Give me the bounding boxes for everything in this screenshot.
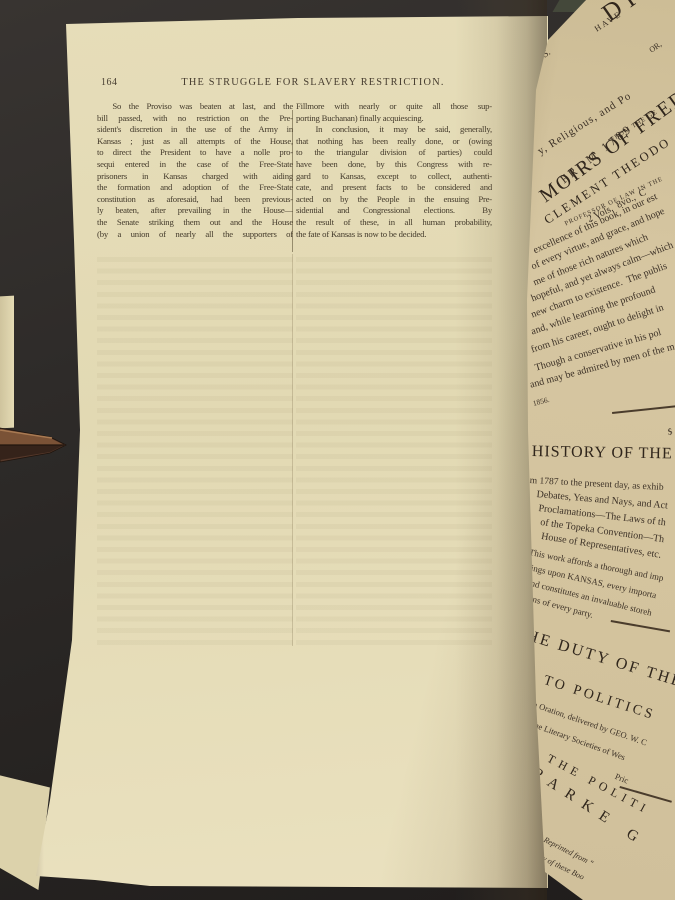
text-line: sident's discretion in the use of the Ar…	[97, 124, 293, 136]
running-title: THE STRUGGLE FOR SLAVERY RESTRICTION.	[158, 77, 468, 88]
divider-rule	[611, 620, 670, 632]
divider-rule	[612, 405, 675, 413]
text-line: sequi entered in the case of the Free-St…	[97, 159, 293, 171]
text-line: to direct the President to have a nolle …	[97, 147, 293, 159]
ad-heading-history: HISTORY OF THE SL	[532, 444, 675, 464]
text-line: constitution as aforesaid, had been prev…	[97, 194, 293, 206]
column-divider-rule	[292, 110, 293, 252]
ad-date-line: 1856.	[532, 396, 550, 408]
text-line: the formation and adoption of the Free-S…	[97, 182, 293, 194]
text-line: Kansas ; just as all attempts of the Hou…	[97, 136, 293, 148]
text-line: prisoners in Kansas charged with aiding	[97, 171, 293, 183]
text-column-left: So the Proviso was beaten at last, and t…	[97, 101, 293, 240]
showthrough-text-left	[97, 257, 293, 647]
book-photograph: 164 THE STRUGGLE FOR SLAVERY RESTRICTION…	[0, 0, 675, 900]
text-line: the Senate striking them out and the Hou…	[97, 217, 293, 229]
page-edge-sliver	[0, 296, 14, 429]
page-number: 164	[101, 77, 118, 88]
ad-text-line: OR,	[648, 40, 664, 54]
ad-price-fragment: Pric	[614, 772, 630, 785]
text-line: bill passed, with no restriction on the …	[97, 113, 293, 125]
ad-price-fragment: $	[667, 427, 673, 437]
text-line: ly beaten, after prevailing in the House…	[97, 205, 293, 217]
text-line: So the Proviso was beaten at last, and t…	[97, 101, 293, 113]
metal-page-holder-icon	[0, 422, 70, 466]
text-line: (by a union of nearly all the supporters…	[97, 229, 293, 241]
